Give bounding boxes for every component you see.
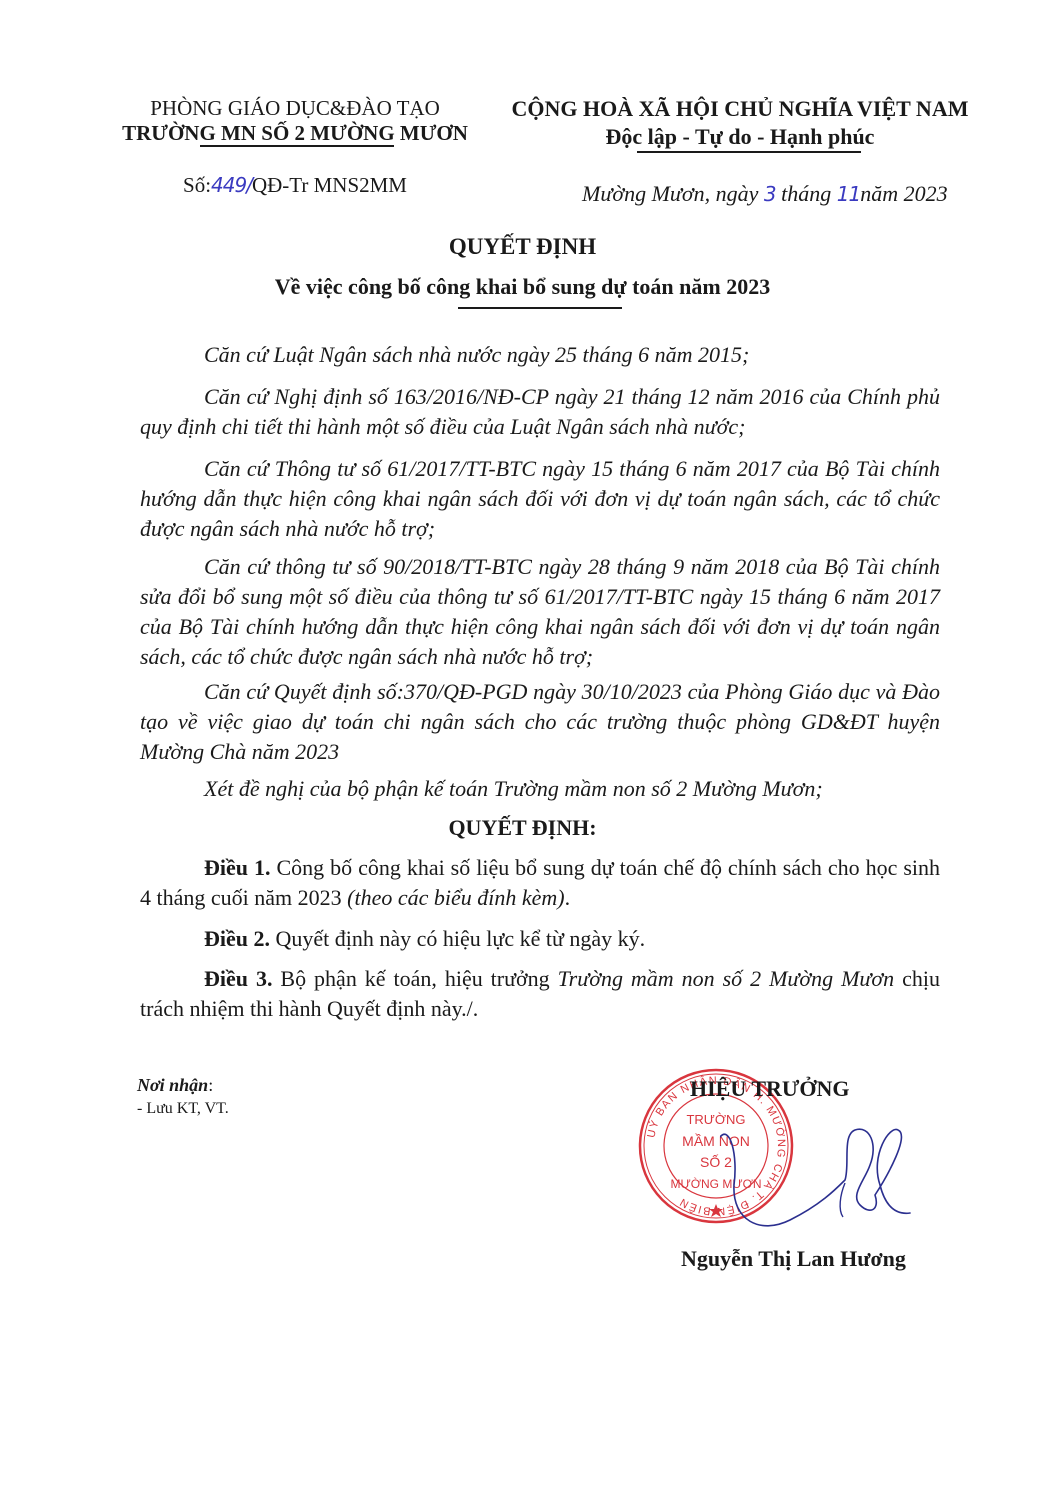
number-handwritten: 449/: [211, 173, 252, 197]
agency-name: PHÒNG GIÁO DỤC&ĐÀO TẠO: [100, 96, 490, 121]
recipient-item: - Lưu KT, VT.: [137, 1100, 229, 1118]
subtitle-underline: [458, 307, 622, 309]
article-3: Điều 3. Bộ phận kế toán, hiệu trưởng Trư…: [140, 964, 940, 1024]
article-label: Điều 2.: [204, 926, 270, 951]
recipients-colon: :: [208, 1075, 213, 1095]
article-label: Điều 1.: [204, 855, 270, 880]
nation-name: CỘNG HOÀ XÃ HỘI CHỦ NGHĨA VIỆT NAM: [490, 96, 990, 122]
date-place: Mường Mươn, ngày 3 tháng 11năm 2023: [582, 181, 948, 207]
article-label: Điều 3.: [204, 966, 272, 991]
preamble-text: Căn cứ Thông tư số 61/2017/TT-BTC ngày 1…: [140, 456, 940, 541]
number-prefix: Số:: [183, 173, 211, 197]
article-1: Điều 1. Công bố công khai số liệu bổ sun…: [140, 853, 940, 913]
article-italic: (theo các biểu đính kèm): [347, 885, 564, 910]
article-2: Điều 2. Quyết định này có hiệu lực kể từ…: [140, 924, 940, 954]
date-place-label: Mường Mươn, ngày: [582, 181, 764, 206]
date-day: 3: [764, 182, 776, 206]
preamble-4: Căn cứ thông tư số 90/2018/TT-BTC ngày 2…: [140, 552, 940, 672]
preamble-text: Căn cứ Nghị định số 163/2016/NĐ-CP ngày …: [140, 384, 940, 439]
signer-position: HIỆU TRƯỞNG: [690, 1076, 850, 1102]
signer-name: Nguyễn Thị Lan Hương: [681, 1246, 906, 1272]
preamble-text: Xét đề nghị của bộ phận kế toán Trường m…: [204, 776, 823, 801]
preamble-text: Căn cứ thông tư số 90/2018/TT-BTC ngày 2…: [140, 554, 940, 669]
document-number: Số:449/QĐ-Tr MNS2MM: [100, 173, 490, 198]
handwritten-signature: [720, 1125, 920, 1235]
national-motto: Độc lập - Tự do - Hạnh phúc: [490, 124, 990, 150]
preamble-text: Căn cứ Luật Ngân sách nhà nước ngày 25 t…: [204, 342, 749, 367]
date-month-label: tháng: [776, 181, 837, 206]
school-underline: [200, 145, 394, 147]
recipients-heading: Nơi nhận:: [137, 1075, 213, 1096]
decision-heading: QUYẾT ĐỊNH:: [0, 815, 1045, 841]
document-title: QUYẾT ĐỊNH: [0, 234, 1045, 260]
preamble-5: Căn cứ Quyết định số:370/QĐ-PGD ngày 30/…: [140, 677, 940, 767]
preamble-text: Căn cứ Quyết định số:370/QĐ-PGD ngày 30/…: [140, 679, 940, 764]
date-month: 11: [837, 182, 860, 206]
article-tail: .: [565, 885, 571, 910]
date-year: năm 2023: [860, 181, 947, 206]
article-text: Quyết định này có hiệu lực kể từ ngày ký…: [270, 926, 645, 951]
preamble-6: Xét đề nghị của bộ phận kế toán Trường m…: [140, 774, 940, 804]
motto-underline: [637, 151, 861, 153]
recipients-label: Nơi nhận: [137, 1075, 208, 1095]
preamble-2: Căn cứ Nghị định số 163/2016/NĐ-CP ngày …: [140, 382, 940, 442]
preamble-3: Căn cứ Thông tư số 61/2017/TT-BTC ngày 1…: [140, 454, 940, 544]
school-name: TRƯỜNG MN SỐ 2 MƯỜNG MƯƠN: [100, 121, 490, 146]
article-italic: Trường mầm non số 2 Mường Mươn: [558, 966, 895, 991]
number-suffix: QĐ-Tr MNS2MM: [252, 173, 407, 197]
article-text: Bộ phận kế toán, hiệu trưởng: [272, 966, 557, 991]
preamble-1: Căn cứ Luật Ngân sách nhà nước ngày 25 t…: [140, 340, 940, 370]
document-subtitle: Về việc công bố công khai bổ sung dự toá…: [0, 274, 1045, 300]
